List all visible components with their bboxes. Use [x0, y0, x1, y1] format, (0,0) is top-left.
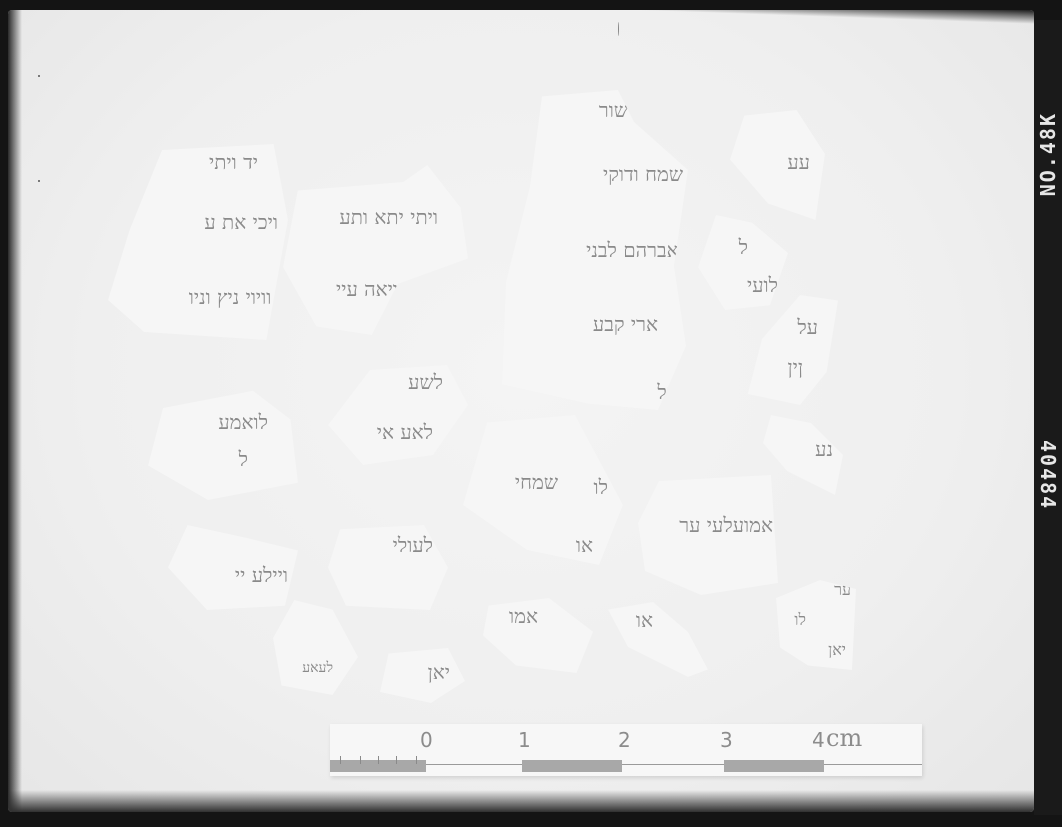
fragment-text-line: ל — [239, 447, 248, 472]
scale-tick — [416, 756, 417, 764]
fragment-text-line: לו — [594, 475, 608, 500]
fragment-text-line: ויאה עיי — [336, 277, 398, 302]
fragment-text-line: ויילע יי — [235, 563, 288, 588]
scale-tick — [396, 756, 397, 764]
manuscript-fragment: לשע לאע אי — [328, 365, 468, 465]
manuscript-fragment: ער לו יאן — [776, 580, 856, 670]
manuscript-fragment: שור שמח ודוקי לאברהם לבני ארי קבע על — [498, 90, 698, 410]
manuscript-fragment: לעאע — [273, 600, 358, 695]
fragment-text-line: אמועלעי ער — [679, 513, 773, 538]
scale-label-3: 3 — [720, 728, 733, 752]
fragment-text-line: ער — [834, 580, 851, 600]
manuscript-fragment: לעולי — [328, 525, 448, 610]
fragment-text-line: ויכי את ע — [204, 210, 278, 235]
scale-tick — [340, 756, 341, 764]
scale-tick — [378, 756, 379, 764]
fragment-text-line: שמחי — [515, 470, 558, 495]
fragment-text-line: ארי קבע — [593, 312, 658, 337]
fragment-text-line: לועי — [747, 273, 778, 298]
manuscript-fragment: או — [608, 602, 708, 677]
dust-speck — [618, 22, 619, 36]
fragment-text-line: יאן — [828, 640, 846, 660]
scale-cm-segment — [724, 760, 824, 772]
manuscript-fragment: אמועלעי ער — [638, 475, 778, 595]
dust-speck — [38, 180, 40, 182]
fragment-text-line: או — [636, 608, 653, 633]
fragment-text-line: יד ויתי — [209, 150, 258, 175]
fragment-text-line: לעאע — [302, 660, 333, 677]
fragment-text-line: לעולי — [393, 533, 433, 558]
manuscript-fragment: על ןין — [743, 295, 838, 405]
manuscript-fragment: ל לועי — [698, 215, 788, 310]
scale-label-1: 1 — [518, 728, 531, 752]
fragment-text-line: על — [797, 315, 818, 340]
manuscript-fragment: עע — [730, 110, 825, 220]
scale-cm-segment — [522, 760, 622, 772]
fragment-text-line: ויתי יתא ותע — [339, 205, 438, 230]
scale-label-4: 4 — [812, 728, 825, 752]
fragment-text-line: לו — [794, 610, 806, 630]
plate-bottom-edge-shadow — [8, 790, 1034, 812]
fragment-text-line: נע — [815, 437, 833, 462]
fragment-text-line: אמו — [509, 604, 538, 629]
manuscript-fragment: לואמע ל — [148, 385, 298, 500]
scale-label-0: 0 — [420, 728, 433, 752]
fragment-text-line: ןין — [788, 355, 803, 380]
manuscript-fragment: יד ויתי ויכי את ע וו וויוי ניץ וניו — [108, 140, 288, 340]
scale-unit-label: cm — [826, 724, 862, 752]
fragment-text-line: ל — [739, 235, 748, 260]
fragment-text-line: לואמע — [218, 410, 268, 435]
fragment-text-line: עע — [787, 150, 810, 175]
manuscript-fragment: שמחי לו או — [463, 415, 623, 565]
scale-label-2: 2 — [618, 728, 631, 752]
manuscript-fragment: נע — [763, 415, 843, 495]
photographic-plate: יד ויתי ויכי את ע וו וויוי ניץ וניו ויתי… — [8, 10, 1034, 812]
plate-catalog-number: NO.48K — [1036, 112, 1060, 196]
fragment-text-line: לאברהם לבני — [586, 238, 688, 263]
plate-top-edge-shadow — [614, 10, 1034, 24]
fragment-text-line: או — [576, 533, 593, 558]
manuscript-fragment: ויתי יתא ותע ויאה עיי — [283, 165, 468, 335]
fragment-text-line: על — [657, 380, 678, 405]
fragment-text-line: וו וויוי ניץ וניו — [189, 285, 288, 310]
fragment-text-line: לאע אי — [377, 420, 433, 445]
fragment-text-line: שור — [599, 98, 628, 123]
manuscript-fragment: אמו — [483, 598, 593, 673]
fragment-text-line: לשע — [408, 370, 443, 395]
scale-tick — [360, 756, 361, 764]
plate-negative-number: 40484 — [1036, 440, 1060, 510]
fragment-text-line: שמח ודוקי — [603, 162, 683, 187]
plate-margin-strip: NO.48K 40484 — [1034, 20, 1062, 815]
plate-left-edge-shadow — [8, 10, 22, 812]
scale-bar: 0 1 2 3 4 cm — [330, 724, 922, 776]
manuscript-fragment: יאן — [380, 648, 465, 703]
manuscript-fragment: ויילע יי — [168, 525, 298, 610]
fragment-text-line: יאן — [428, 660, 450, 685]
dust-speck — [38, 75, 40, 77]
